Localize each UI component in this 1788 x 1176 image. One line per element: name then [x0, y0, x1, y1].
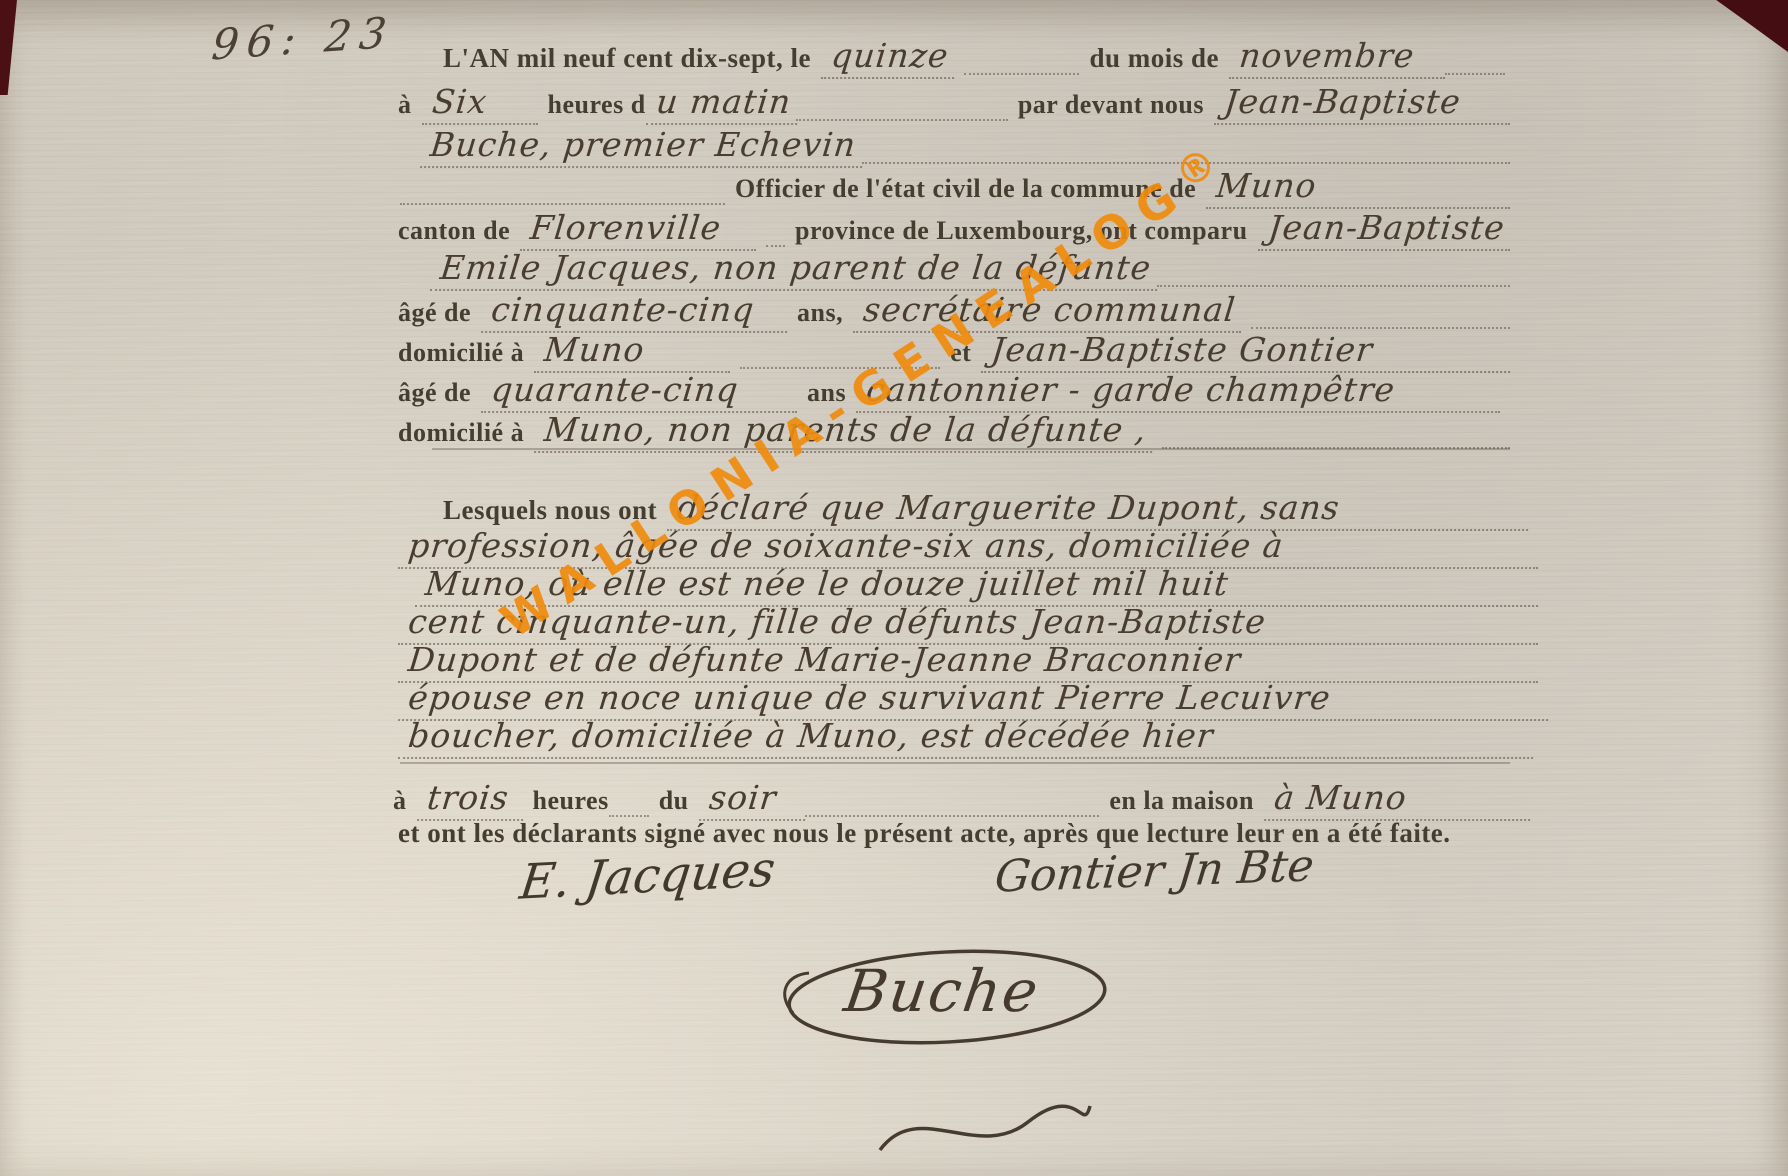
death-period-entry: soir	[699, 778, 810, 821]
blank-dots	[964, 73, 1079, 75]
printed-heures2: heures	[533, 786, 609, 816]
line-declaration-5: Dupont et de défunte Marie-Jeanne Bracon…	[398, 640, 1538, 683]
declaration-5-entry: Dupont et de défunte Marie-Jeanne Bracon…	[398, 640, 1543, 683]
blank-ruled-line	[432, 448, 1510, 450]
officer-name-entry: Buche, premier Echevin	[420, 125, 866, 168]
blank-dots	[805, 815, 1100, 817]
printed-age2: âgé de	[398, 378, 471, 408]
blank-dots	[766, 245, 785, 247]
line-declaration-6: épouse en noce unique de survivant Pierr…	[398, 678, 1548, 721]
line-hour: à Six heures d u matin par devant nous J…	[398, 82, 1510, 125]
line-canton: canton de Florenville province de Luxemb…	[398, 208, 1510, 251]
printed-year-text: L'AN mil neuf cent dix-sept, le	[443, 43, 811, 74]
printed-domicile2: domicilié à	[398, 418, 524, 448]
blank-dots	[400, 203, 725, 205]
printed-du: du	[659, 786, 689, 816]
blank-dots	[609, 815, 649, 817]
hour-entry: Six	[422, 82, 543, 125]
signature-underflourish	[868, 1092, 1098, 1172]
officer-first-entry: Jean-Baptiste	[1214, 82, 1515, 125]
line-declaration-7: boucher, domiciliée à Muno, est décédée …	[398, 716, 1533, 759]
line-date: L'AN mil neuf cent dix-sept, le quinze d…	[443, 36, 1505, 79]
blank-dots	[1157, 285, 1510, 287]
line-witness2-domicile: domicilié à Muno, non parents de la défu…	[398, 410, 1510, 453]
month-entry: novembre	[1229, 36, 1450, 79]
line-witness1-name: Emile Jacques, non parent de la défunte	[430, 248, 1510, 291]
printed-age1: âgé de	[398, 298, 471, 328]
printed-a2: à	[393, 786, 407, 816]
printed-domicile1: domicilié à	[398, 338, 524, 368]
printed-month-text: du mois de	[1089, 43, 1219, 74]
blank-ruled-line	[400, 762, 1510, 764]
witness1-first-entry: Jean-Baptiste	[1258, 208, 1515, 251]
line-commune: Officier de l'état civil de la commune d…	[400, 166, 1510, 209]
book-binding-corner-right	[1710, 0, 1788, 52]
death-hour-entry: trois	[417, 778, 528, 821]
printed-ans1: ans,	[797, 298, 843, 328]
hour-period-entry: u matin	[646, 82, 801, 125]
declaration-6-entry: épouse en noce unique de survivant Pierr…	[398, 678, 1553, 721]
book-binding-corner-left	[0, 0, 17, 95]
witness2-name-entry: Jean-Baptiste Gontier	[981, 330, 1514, 373]
printed-heures: heures d	[548, 90, 646, 120]
printed-province: province de Luxembourg, ont comparu	[795, 216, 1248, 246]
blank-dots	[1251, 327, 1510, 329]
witness1-domicile-entry: Muno	[534, 330, 735, 373]
line-officer-name: Buche, premier Echevin	[420, 125, 1510, 168]
day-entry: quinze	[821, 36, 959, 79]
witness1-age-entry: cinquante-cinq	[481, 290, 792, 333]
death-certificate-page: 96: 23 L'AN mil neuf cent dix-sept, le q…	[0, 0, 1788, 1176]
declaration-7-entry: boucher, domiciliée à Muno, est décédée …	[398, 716, 1538, 759]
signature-officer-block: Buche	[775, 935, 1115, 1060]
line-death-hour: à trois heures du soir en la maison à Mu…	[393, 778, 1530, 821]
witness2-age-entry: quarante-cinq	[481, 370, 802, 413]
line-witness2-age: âgé de quarante-cinq ans cantonnier - ga…	[398, 370, 1510, 413]
commune-entry: Muno	[1206, 166, 1514, 209]
signature-witness1: E. Jacques	[517, 841, 779, 911]
blank-dots	[1445, 73, 1505, 75]
canton-entry: Florenville	[520, 208, 761, 251]
printed-a: à	[398, 90, 412, 120]
act-number: 96: 23	[210, 7, 397, 69]
signature-witness2: Gontier Jn Bte	[992, 840, 1316, 902]
blank-dots	[796, 119, 1007, 121]
declaration-1-entry: déclaré que Marguerite Dupont, sans	[667, 488, 1532, 531]
printed-devant-nous: par devant nous	[1018, 90, 1204, 120]
witness2-profession-entry: cantonnier - garde champêtre	[856, 370, 1504, 413]
signature-officer: Buche	[840, 957, 1044, 1025]
death-place-entry: à Muno	[1264, 778, 1535, 821]
printed-maison: en la maison	[1109, 786, 1254, 816]
printed-canton: canton de	[398, 216, 510, 246]
